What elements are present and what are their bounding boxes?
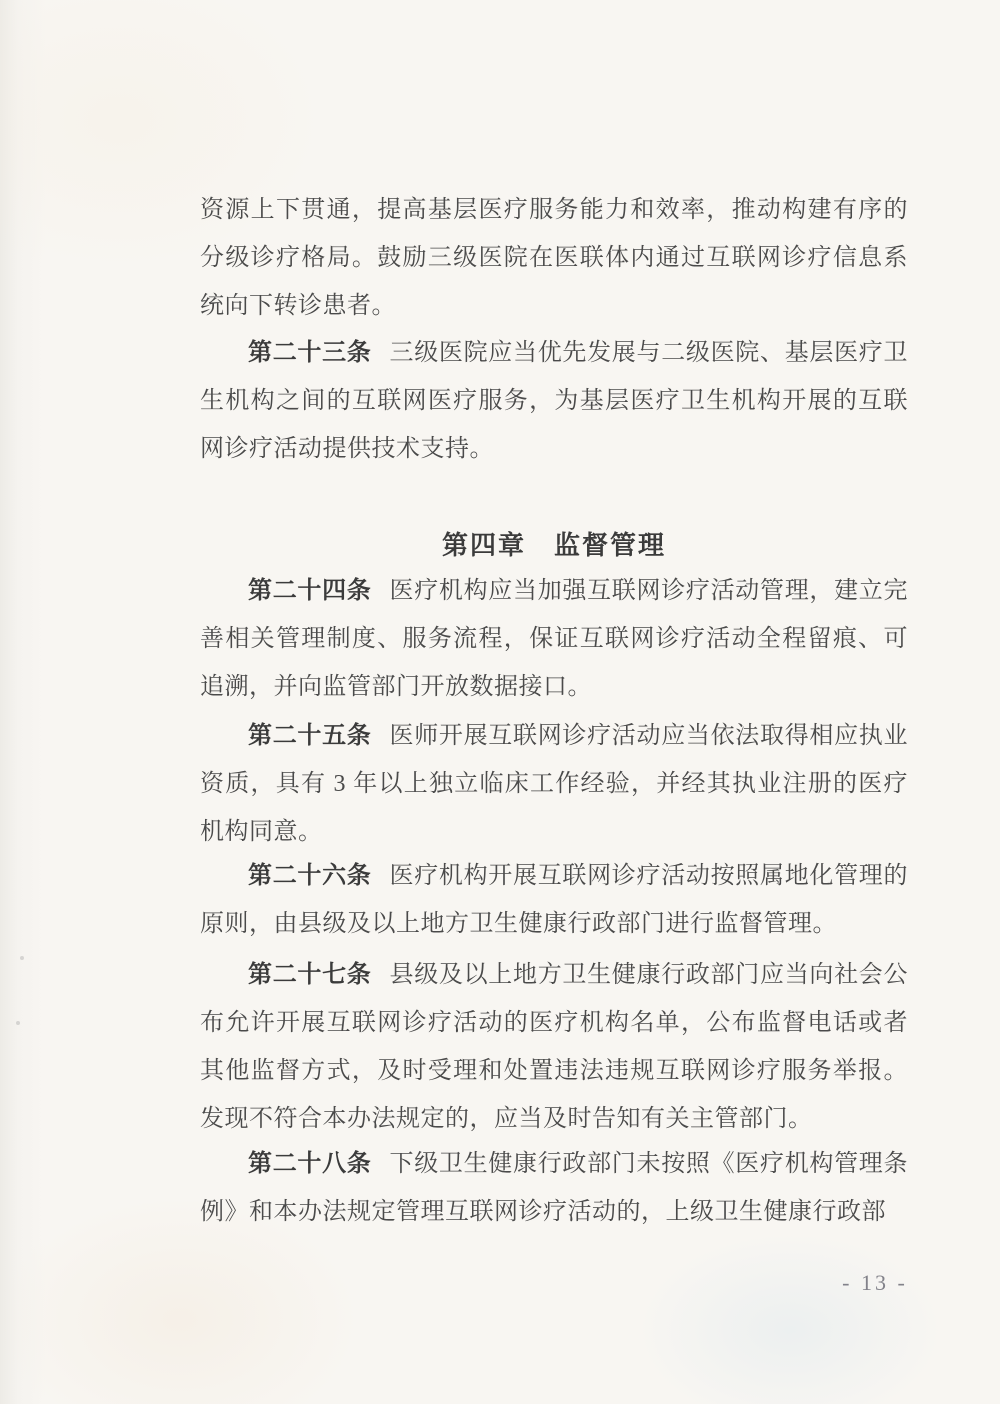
page-number: - 13 - [838,1270,912,1296]
paragraph-article-27: 第二十七条县级及以上地方卫生健康行政部门应当向社会公布允许开展互联网诊疗活动的医… [200,951,908,1143]
scan-speck [20,956,24,960]
paragraph-continuation: 资源上下贯通，提高基层医疗服务能力和效率，推动构建有序的分级诊疗格局。鼓励三级医… [200,186,908,330]
paragraph-article-26: 第二十六条医疗机构开展互联网诊疗活动按照属地化管理的原则，由县级及以上地方卫生健… [200,852,908,948]
scanned-document-page: 资源上下贯通，提高基层医疗服务能力和效率，推动构建有序的分级诊疗格局。鼓励三级医… [0,0,1000,1404]
paragraph-article-23: 第二十三条三级医院应当优先发展与二级医院、基层医疗卫生机构之间的互联网医疗服务，… [200,329,908,473]
paragraph-article-24: 第二十四条医疗机构应当加强互联网诊疗活动管理，建立完善相关管理制度、服务流程，保… [200,567,908,711]
chapter-4-heading: 第四章 监督管理 [200,521,908,569]
article-26-number: 第二十六条 [248,862,372,889]
paragraph-article-28: 第二十八条下级卫生健康行政部门未按照《医疗机构管理条例》和本办法规定管理互联网诊… [200,1140,908,1236]
paragraph-article-25: 第二十五条医师开展互联网诊疗活动应当依法取得相应执业资质，具有 3 年以上独立临… [200,712,908,856]
article-28-number: 第二十八条 [248,1150,372,1177]
article-25-number: 第二十五条 [248,722,372,749]
scan-speck [16,1021,20,1025]
article-27-number: 第二十七条 [248,961,372,988]
article-23-number: 第二十三条 [248,339,372,366]
article-24-number: 第二十四条 [248,577,372,604]
